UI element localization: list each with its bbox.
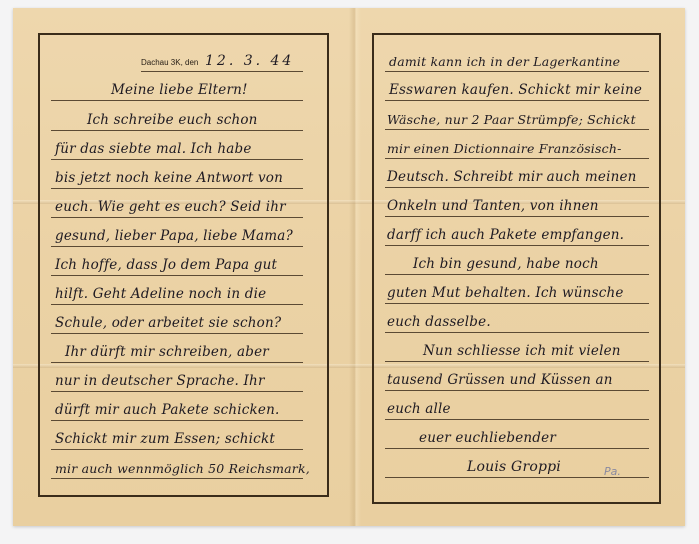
text-line: Schule, oder arbeitet sie schon? [51,308,303,334]
text-line: Deutsch. Schreibt mir auch meinen [385,162,649,188]
center-fold [349,8,361,526]
text-line: tausend Grüssen und Küssen an [385,365,649,391]
line-text: guten Mut behalten. Ich wünsche [387,285,624,301]
text-line: euer euchliebender [385,423,649,449]
signature: Louis Groppi [467,459,561,475]
header-line: Dachau 3K, den 12. 3. 44 [141,46,303,72]
line-text: Ihr dürft mir schreiben, aber [65,344,269,360]
line-text: hilft. Geht Adeline noch in die [55,286,266,302]
text-line: mir einen Dictionnaire Französisch- [385,133,649,159]
line-text: gesund, lieber Papa, liebe Mama? [55,228,293,244]
line-text: Schule, oder arbeitet sie schon? [55,315,281,331]
text-line: gesund, lieber Papa, liebe Mama? [51,221,303,247]
line-text: für das siebte mal. Ich habe [55,141,252,157]
text-line: Ich schreibe euch schon [51,105,303,131]
text-line: Onkeln und Tanten, von ihnen [385,191,649,217]
line-text: Wäsche, nur 2 Paar Strümpfe; Schickt [387,112,636,127]
text-line: bis jetzt noch keine Antwort von [51,163,303,189]
text-line: Ich hoffe, dass Jo dem Papa gut [51,250,303,276]
line-text: Deutsch. Schreibt mir auch meinen [387,169,637,185]
line-text: euch dasselbe. [387,314,491,330]
text-line: hilft. Geht Adeline noch in die [51,279,303,305]
line-text: Onkeln und Tanten, von ihnen [387,198,599,214]
text-line: damit kann ich in der Lagerkantine [385,46,649,72]
line-text: Ich hoffe, dass Jo dem Papa gut [55,257,277,273]
text-line: guten Mut behalten. Ich wünsche [385,278,649,304]
left-page-frame: Dachau 3K, den 12. 3. 44 Meine liebe Elt… [38,33,329,497]
line-text: Nun schliesse ich mit vielen [423,343,621,359]
line-text: nur in deutscher Sprache. Ihr [55,373,265,389]
text-line: mir auch wennmöglich 50 Reichsmark, [51,453,303,479]
text-line: Esswaren kaufen. Schickt mir keine [385,75,649,101]
line-text: Esswaren kaufen. Schickt mir keine [389,82,642,98]
line-text: Ich schreibe euch schon [87,112,258,128]
letter-date: 12. 3. 44 [205,53,294,69]
line-text: bis jetzt noch keine Antwort von [55,170,283,186]
text-line: Meine liebe Eltern! [51,75,303,101]
text-line: euch alle [385,394,649,420]
line-text: Schickt mir zum Essen; schickt [55,431,275,447]
text-line: Ich bin gesund, habe noch [385,249,649,275]
text-line: für das siebte mal. Ich habe [51,134,303,160]
line-text: mir einen Dictionnaire Französisch- [387,141,622,156]
form-header-label: Dachau 3K, den [141,58,198,67]
line-text: mir auch wennmöglich 50 Reichsmark, [55,461,310,476]
closing-line: euer euchliebender [419,430,556,446]
text-line: euch. Wie geht es euch? Seid ihr [51,192,303,218]
line-text: tausend Grüssen und Küssen an [387,372,613,388]
line-text: darff ich auch Pakete empfangen. [387,227,624,243]
censor-mark: Pa. [604,465,621,478]
salutation: Meine liebe Eltern! [111,82,248,98]
line-text: Ich bin gesund, habe noch [413,256,599,272]
text-line: euch dasselbe. [385,307,649,333]
text-line: nur in deutscher Sprache. Ihr [51,366,303,392]
text-line: dürft mir auch Pakete schicken. [51,395,303,421]
line-text: damit kann ich in der Lagerkantine [389,54,620,69]
line-text: dürft mir auch Pakete schicken. [55,402,279,418]
text-line: darff ich auch Pakete empfangen. [385,220,649,246]
line-text: euch. Wie geht es euch? Seid ihr [55,199,286,215]
text-line: Ihr dürft mir schreiben, aber [51,337,303,363]
text-line: Schickt mir zum Essen; schickt [51,424,303,450]
right-page-frame: damit kann ich in der Lagerkantine Esswa… [372,33,661,504]
letter-sheet: Dachau 3K, den 12. 3. 44 Meine liebe Elt… [13,8,685,526]
text-line: Wäsche, nur 2 Paar Strümpfe; Schickt [385,104,649,130]
line-text: euch alle [387,401,451,417]
text-line: Nun schliesse ich mit vielen [385,336,649,362]
